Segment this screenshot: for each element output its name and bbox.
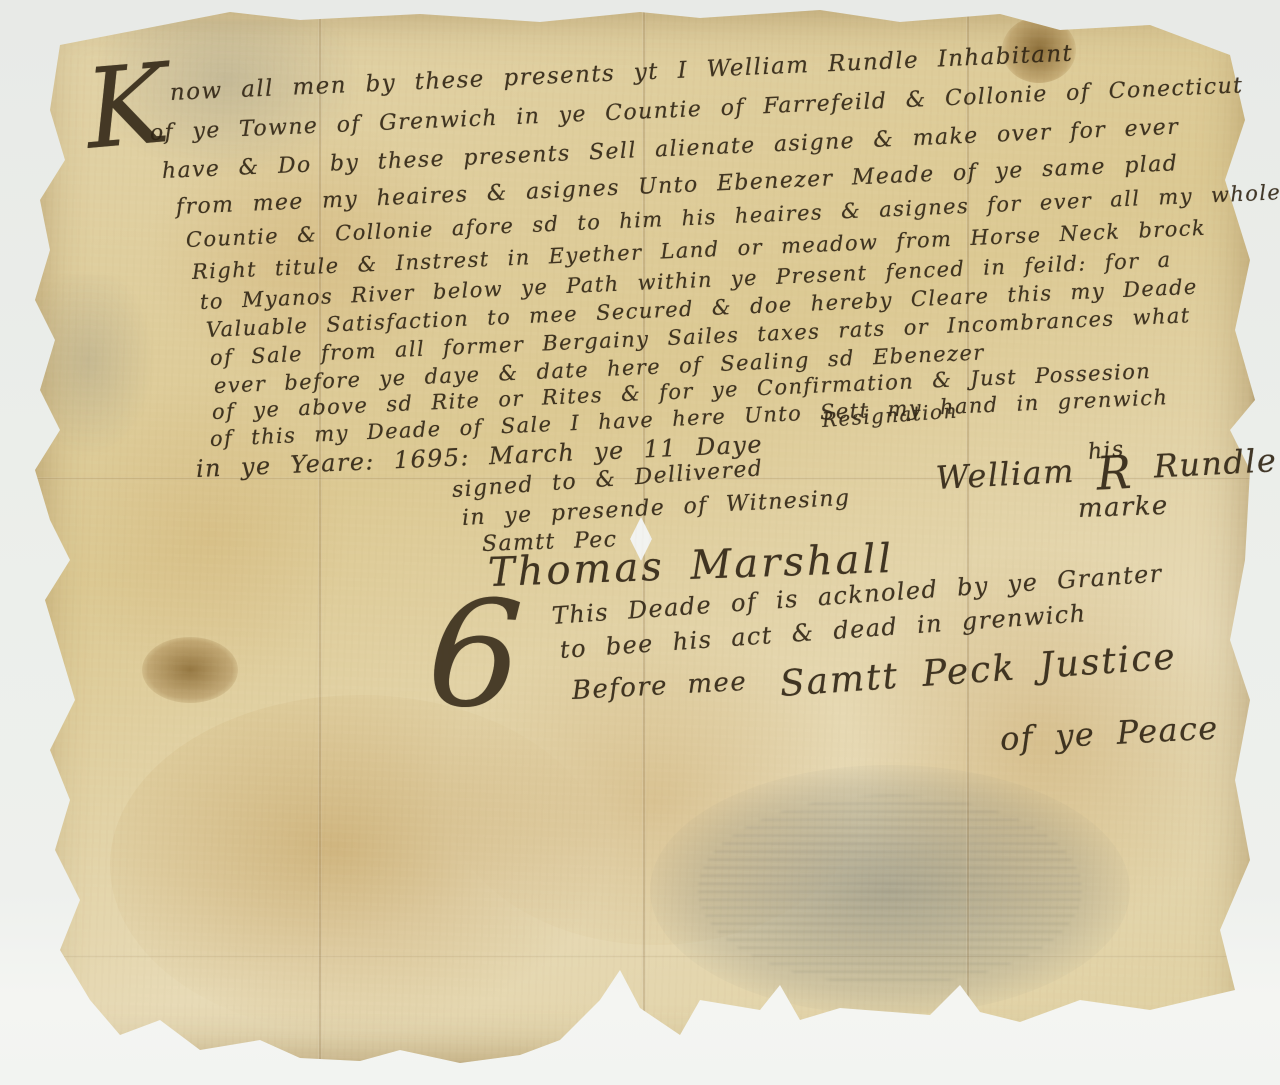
stain-wave-left-bottom	[110, 695, 610, 1035]
scanner-background: K now all men by these presents yt I Wel…	[0, 0, 1280, 1085]
signature-marke: marke	[1077, 491, 1169, 524]
bleed-through-left-margin	[30, 275, 160, 465]
grantor-surname: Rundle	[1153, 441, 1278, 485]
opening-initial-K: K	[81, 48, 174, 165]
stain-dark-oval	[142, 637, 238, 703]
ink-smudge-gray	[650, 765, 1130, 1015]
flourish-6: 6	[424, 578, 527, 731]
grantor-first-name: Welliam	[935, 452, 1076, 497]
bleed-through-ruled-lines	[698, 795, 1082, 985]
fold-crease-horizontal-lower	[30, 955, 1255, 958]
